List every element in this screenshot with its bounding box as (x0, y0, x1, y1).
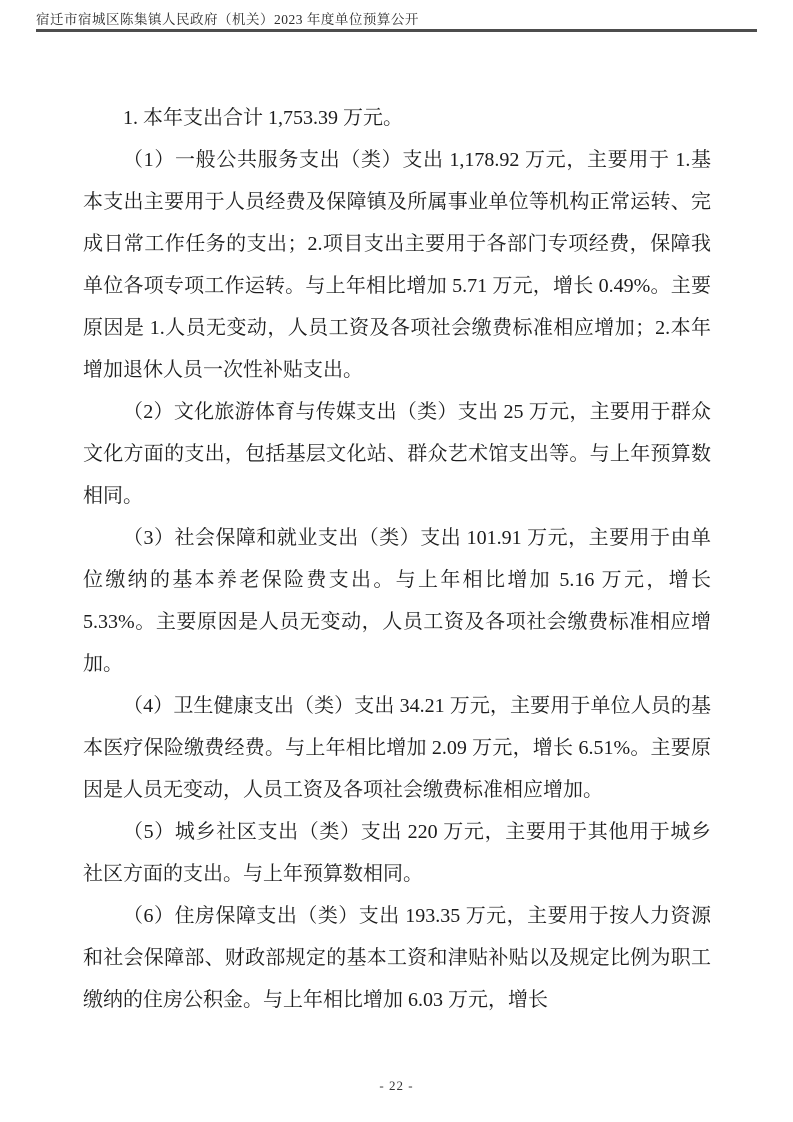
header-title: 宿迁市宿城区陈集镇人民政府（机关）2023 年度单位预算公开 (36, 11, 757, 28)
paragraph: （6）住房保障支出（类）支出 193.35 万元，主要用于按人力资源和社会保障部… (83, 895, 711, 1021)
paragraph: 1. 本年支出合计 1,753.39 万元。 (83, 97, 711, 139)
paragraph: （3）社会保障和就业支出（类）支出 101.91 万元，主要用于由单位缴纳的基本… (83, 517, 711, 685)
header-rule (36, 29, 757, 32)
document-header: 宿迁市宿城区陈集镇人民政府（机关）2023 年度单位预算公开 (36, 11, 757, 28)
paragraph: （2）文化旅游体育与传媒支出（类）支出 25 万元，主要用于群众文化方面的支出，… (83, 391, 711, 517)
paragraph: （4）卫生健康支出（类）支出 34.21 万元，主要用于单位人员的基本医疗保险缴… (83, 685, 711, 811)
document-body: 1. 本年支出合计 1,753.39 万元。 （1）一般公共服务支出（类）支出 … (83, 97, 711, 1021)
document-page: 宿迁市宿城区陈集镇人民政府（机关）2023 年度单位预算公开 1. 本年支出合计… (0, 0, 793, 1122)
paragraph: （1）一般公共服务支出（类）支出 1,178.92 万元，主要用于 1.基本支出… (83, 139, 711, 391)
page-footer: - 22 - (0, 1077, 793, 1095)
paragraph: （5）城乡社区支出（类）支出 220 万元，主要用于其他用于城乡社区方面的支出。… (83, 811, 711, 895)
page-number: - 22 - (379, 1078, 413, 1093)
